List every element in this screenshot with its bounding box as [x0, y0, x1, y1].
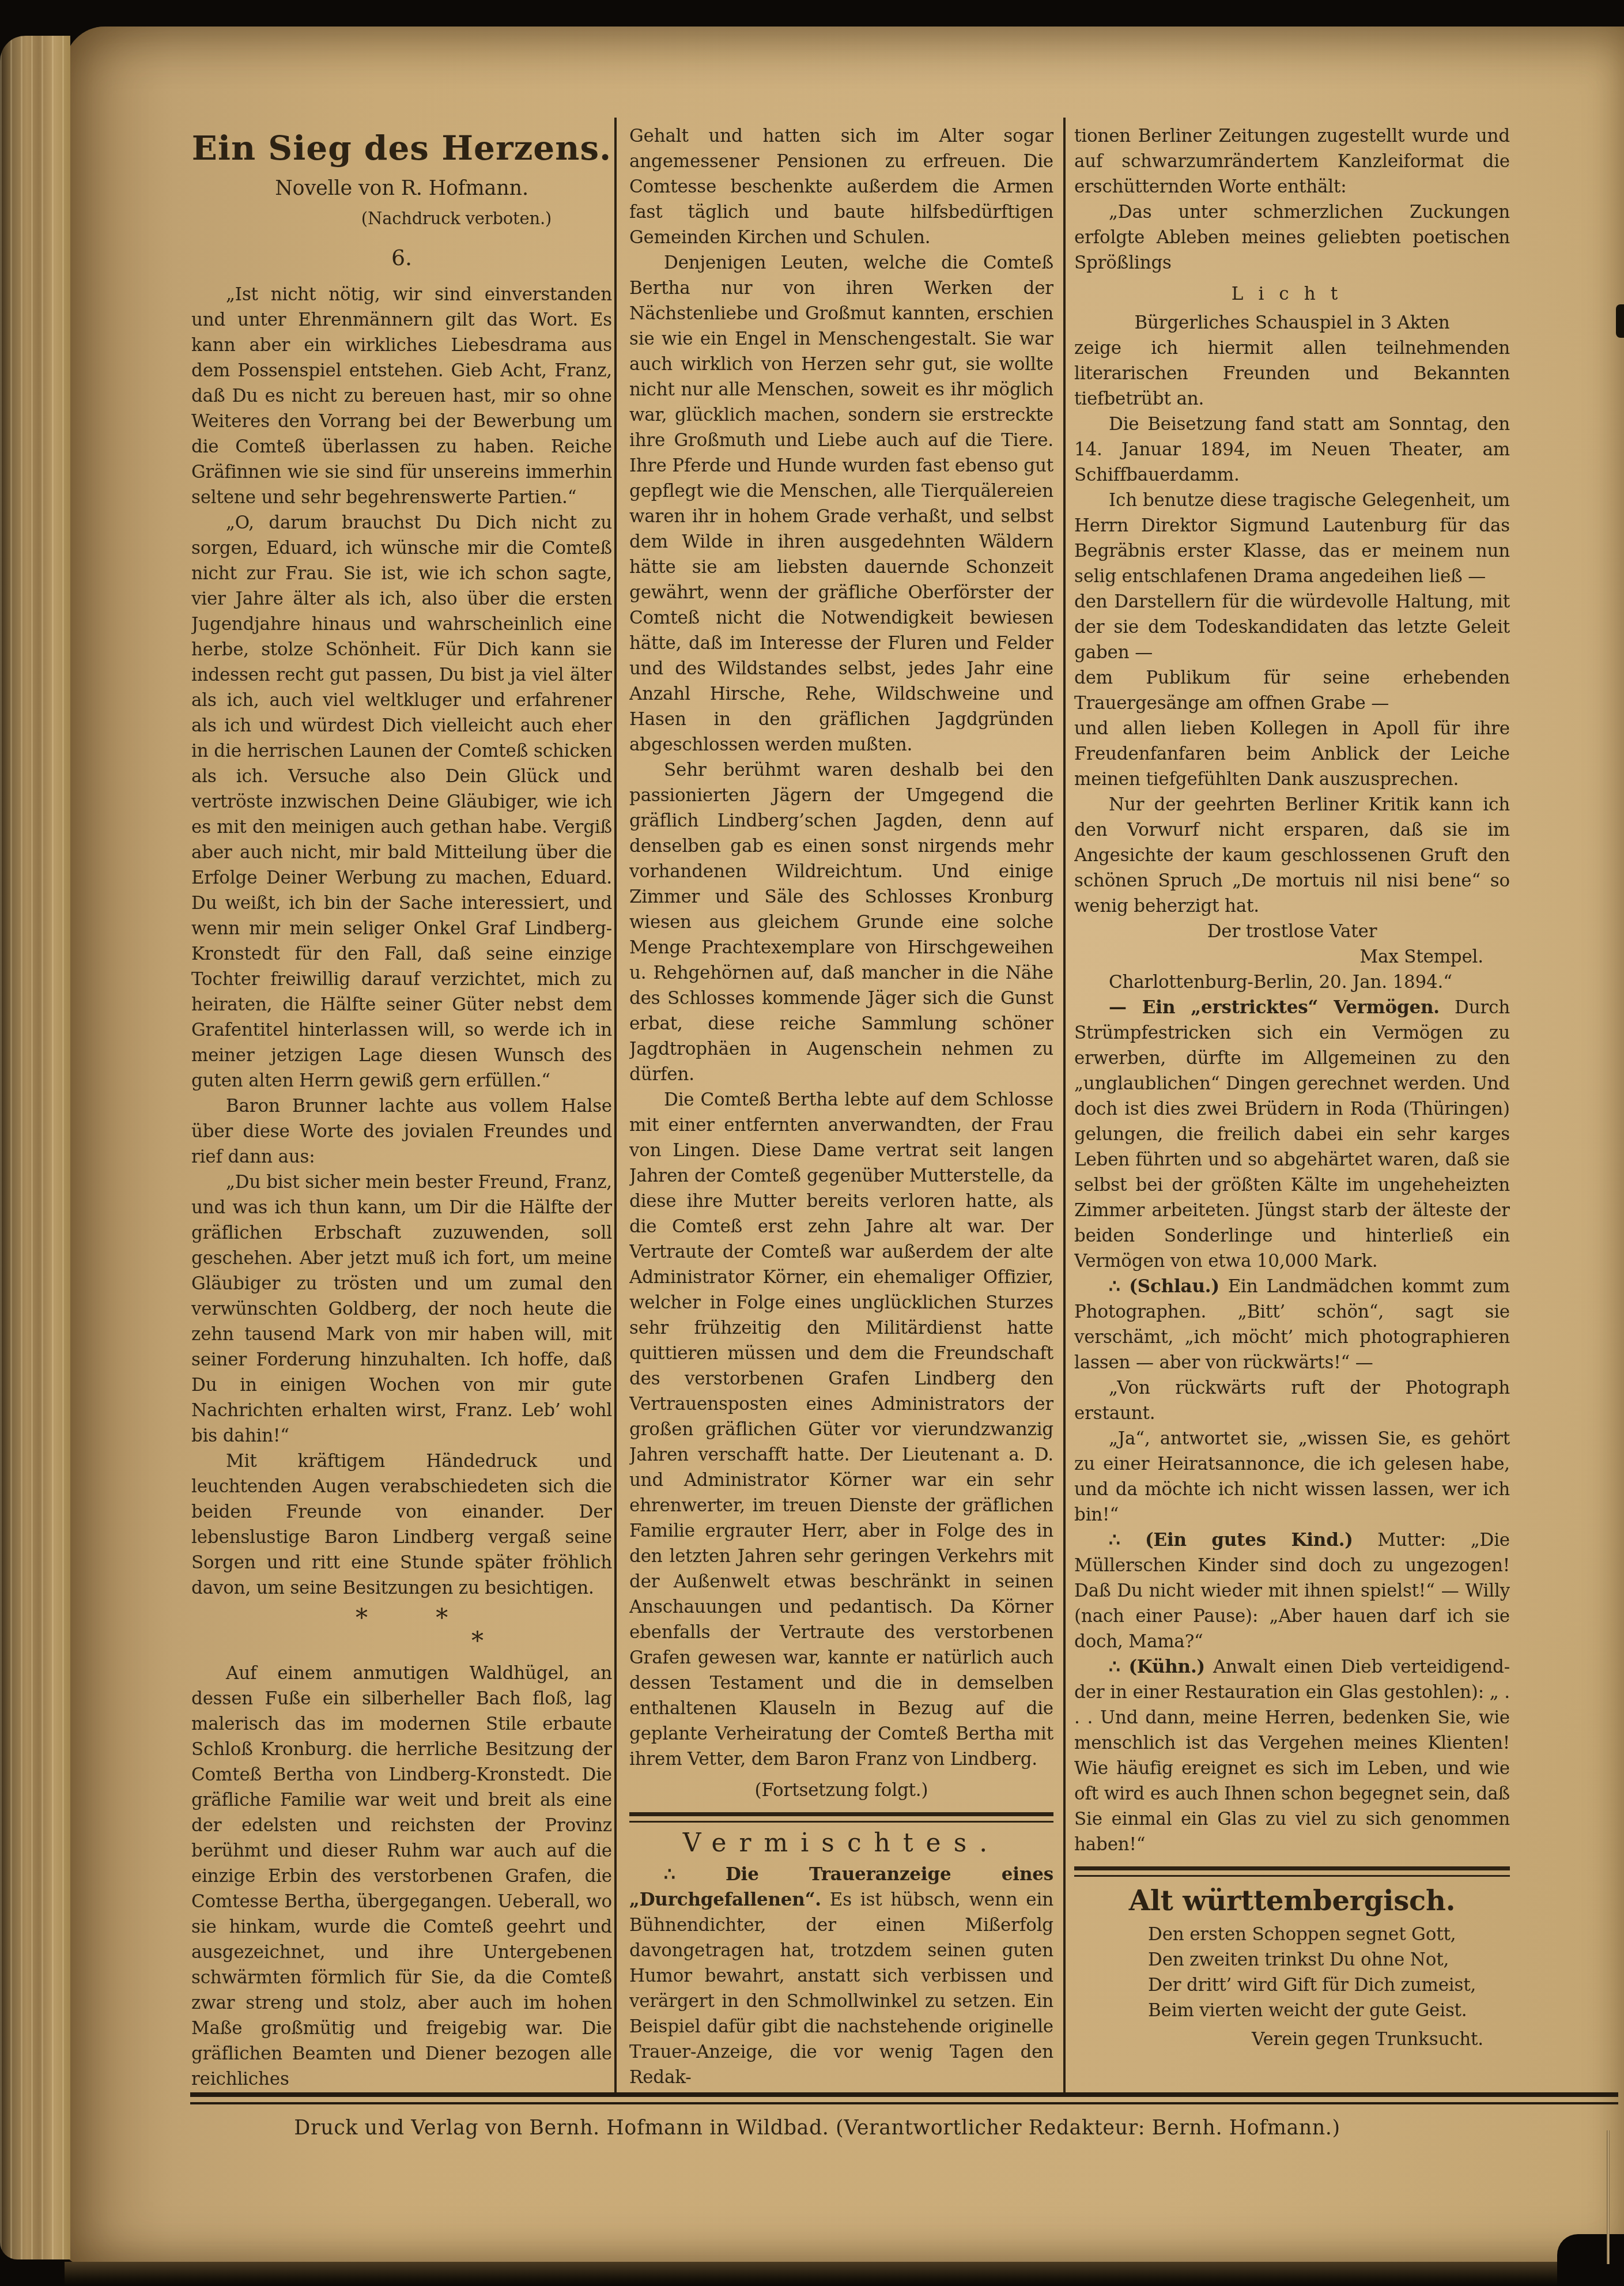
novella-author: Novelle von R. Hofmann. — [191, 176, 612, 201]
novella-paragraph: „O, darum brauchst Du Dich nicht zu sorg… — [191, 510, 612, 1093]
imprint-line: Druck und Verlag von Bernh. Hofmann in W… — [68, 2117, 1566, 2140]
misc-item-lead: ∴ (Kühn.) — [1109, 1657, 1205, 1677]
obituary-dateline: Charlottenburg-Berlin, 20. Jan. 1894.“ — [1074, 970, 1510, 995]
obituary-signature: Max Stempel. — [1074, 944, 1510, 970]
misc-item-text: Anwalt einen Dieb verteidigend- der in e… — [1074, 1657, 1510, 1855]
obituary-text: Ich benutze diese tragische Gelegenheit,… — [1074, 488, 1510, 589]
misc-item-text: Durch Strümpfestricken sich ein Vermögen… — [1074, 997, 1510, 1272]
section-separator: * * * — [191, 1606, 612, 1653]
misc-item: ∴ Die Traueranzeige eines „Durchgefallen… — [629, 1862, 1053, 2088]
misc-item-text: Es ist hübsch, wenn ein Bühnendichter, d… — [629, 1889, 1053, 2088]
misc-item-lead: ∴ (Ein gutes Kind.) — [1109, 1530, 1353, 1551]
misc-item: ∴ (Kühn.) Anwalt einen Dieb verteidigend… — [1074, 1654, 1510, 1857]
novella-paragraph: „Ist nicht nötig, wir sind einverstanden… — [191, 282, 612, 510]
misc-item: „Von rückwärts ruft der Photograph ersta… — [1074, 1375, 1510, 1426]
obituary-text: Nur der geehrten Berliner Kritik kann ic… — [1074, 792, 1510, 919]
misc-item: ∴ (Ein gutes Kind.) Mutter: „Die Müllers… — [1074, 1527, 1510, 1654]
novella-paragraph: Denjenigen Leuten, welche die Comteß Ber… — [629, 250, 1053, 757]
misc-item-lead: ∴ (Schlau.) — [1109, 1276, 1219, 1297]
column-rule-2 — [1063, 118, 1066, 2093]
page-title: Ein Sieg des Herzens. — [191, 129, 612, 168]
corner-shadow — [1557, 2234, 1624, 2286]
obituary-text: „Das unter schmerzlichen Zuckungen erfol… — [1074, 199, 1510, 276]
vermischtes-heading: Vermischtes. — [629, 1831, 1053, 1856]
misc-item: „Ja“, antwortet sie, „wissen Sie, es geh… — [1074, 1426, 1510, 1527]
obituary-text: zeige ich hiermit allen teilnehmenden li… — [1074, 335, 1510, 412]
footer-divider — [190, 2092, 1618, 2104]
misc-item-lead: — Ein „erstricktes“ Vermögen. — [1109, 997, 1440, 1018]
novella-paragraph: Sehr berühmt waren deshalb bei den passi… — [629, 757, 1053, 1087]
misc-item: tionen Berliner Zeitungen zugestellt wur… — [1074, 123, 1510, 199]
section-divider — [629, 1812, 1053, 1823]
section-divider — [1074, 1866, 1510, 1877]
reprint-notice: (Nachdruck verboten.) — [191, 206, 612, 231]
binding-thread — [1607, 2130, 1610, 2264]
obituary-drama-title: Licht — [1074, 281, 1510, 307]
newspaper-page-photo: Ein Sieg des Herzens. Novelle von R. Hof… — [0, 0, 1624, 2286]
column-rule-1 — [614, 118, 617, 2093]
temperance-poem: Den ersten Schoppen segnet Gott, Den zwe… — [1074, 1922, 1510, 2023]
novella-paragraph: Die Comteß Bertha lebte auf dem Schlosse… — [629, 1087, 1053, 1772]
novella-paragraph: Gehalt und hatten sich im Alter sogar an… — [629, 123, 1053, 250]
obituary-text: dem Publikum für seine erhebenden Trauer… — [1074, 665, 1510, 716]
novella-paragraph: Auf einem anmutigen Waldhügel, an dessen… — [191, 1661, 612, 2092]
obituary-text: den Darstellern für die würdevolle Haltu… — [1074, 589, 1510, 665]
novella-paragraph: Mit kräftigem Händedruck und leuchtenden… — [191, 1448, 612, 1601]
obituary-drama-subtitle: Bürgerliches Schauspiel in 3 Akten — [1074, 310, 1510, 335]
page-edge-nick — [1616, 304, 1624, 338]
book-binding-page-edges — [0, 36, 70, 2259]
chapter-number: 6. — [191, 245, 612, 270]
obituary-signoff: Der trostlose Vater — [1074, 919, 1510, 944]
continuation-note: (Fortsetzung folgt.) — [629, 1778, 1053, 1803]
column-1: Ein Sieg des Herzens. Novelle von R. Hof… — [191, 129, 612, 2093]
novella-paragraph: Baron Brunner lachte aus vollem Halse üb… — [191, 1093, 612, 1170]
poem-signature: Verein gegen Trunksucht. — [1074, 2027, 1510, 2052]
obituary-text: Die Beisetzung fand statt am Sonntag, de… — [1074, 412, 1510, 488]
page-bottom-edge — [65, 2262, 1624, 2286]
misc-item: ∴ (Schlau.) Ein Landmädchen kommt zum Ph… — [1074, 1274, 1510, 1375]
column-3: tionen Berliner Zeitungen zugestellt wur… — [1074, 123, 1510, 2088]
column-2: Gehalt und hatten sich im Alter sogar an… — [629, 123, 1053, 2088]
novella-paragraph: „Du bist sicher mein bester Freund, Fran… — [191, 1170, 612, 1448]
alt-wuerttembergisch-heading: Alt württembergisch. — [1074, 1888, 1510, 1914]
misc-item: — Ein „erstricktes“ Vermögen. Durch Strü… — [1074, 995, 1510, 1274]
obituary-text: und allen lieben Kollegen in Apoll für i… — [1074, 716, 1510, 792]
